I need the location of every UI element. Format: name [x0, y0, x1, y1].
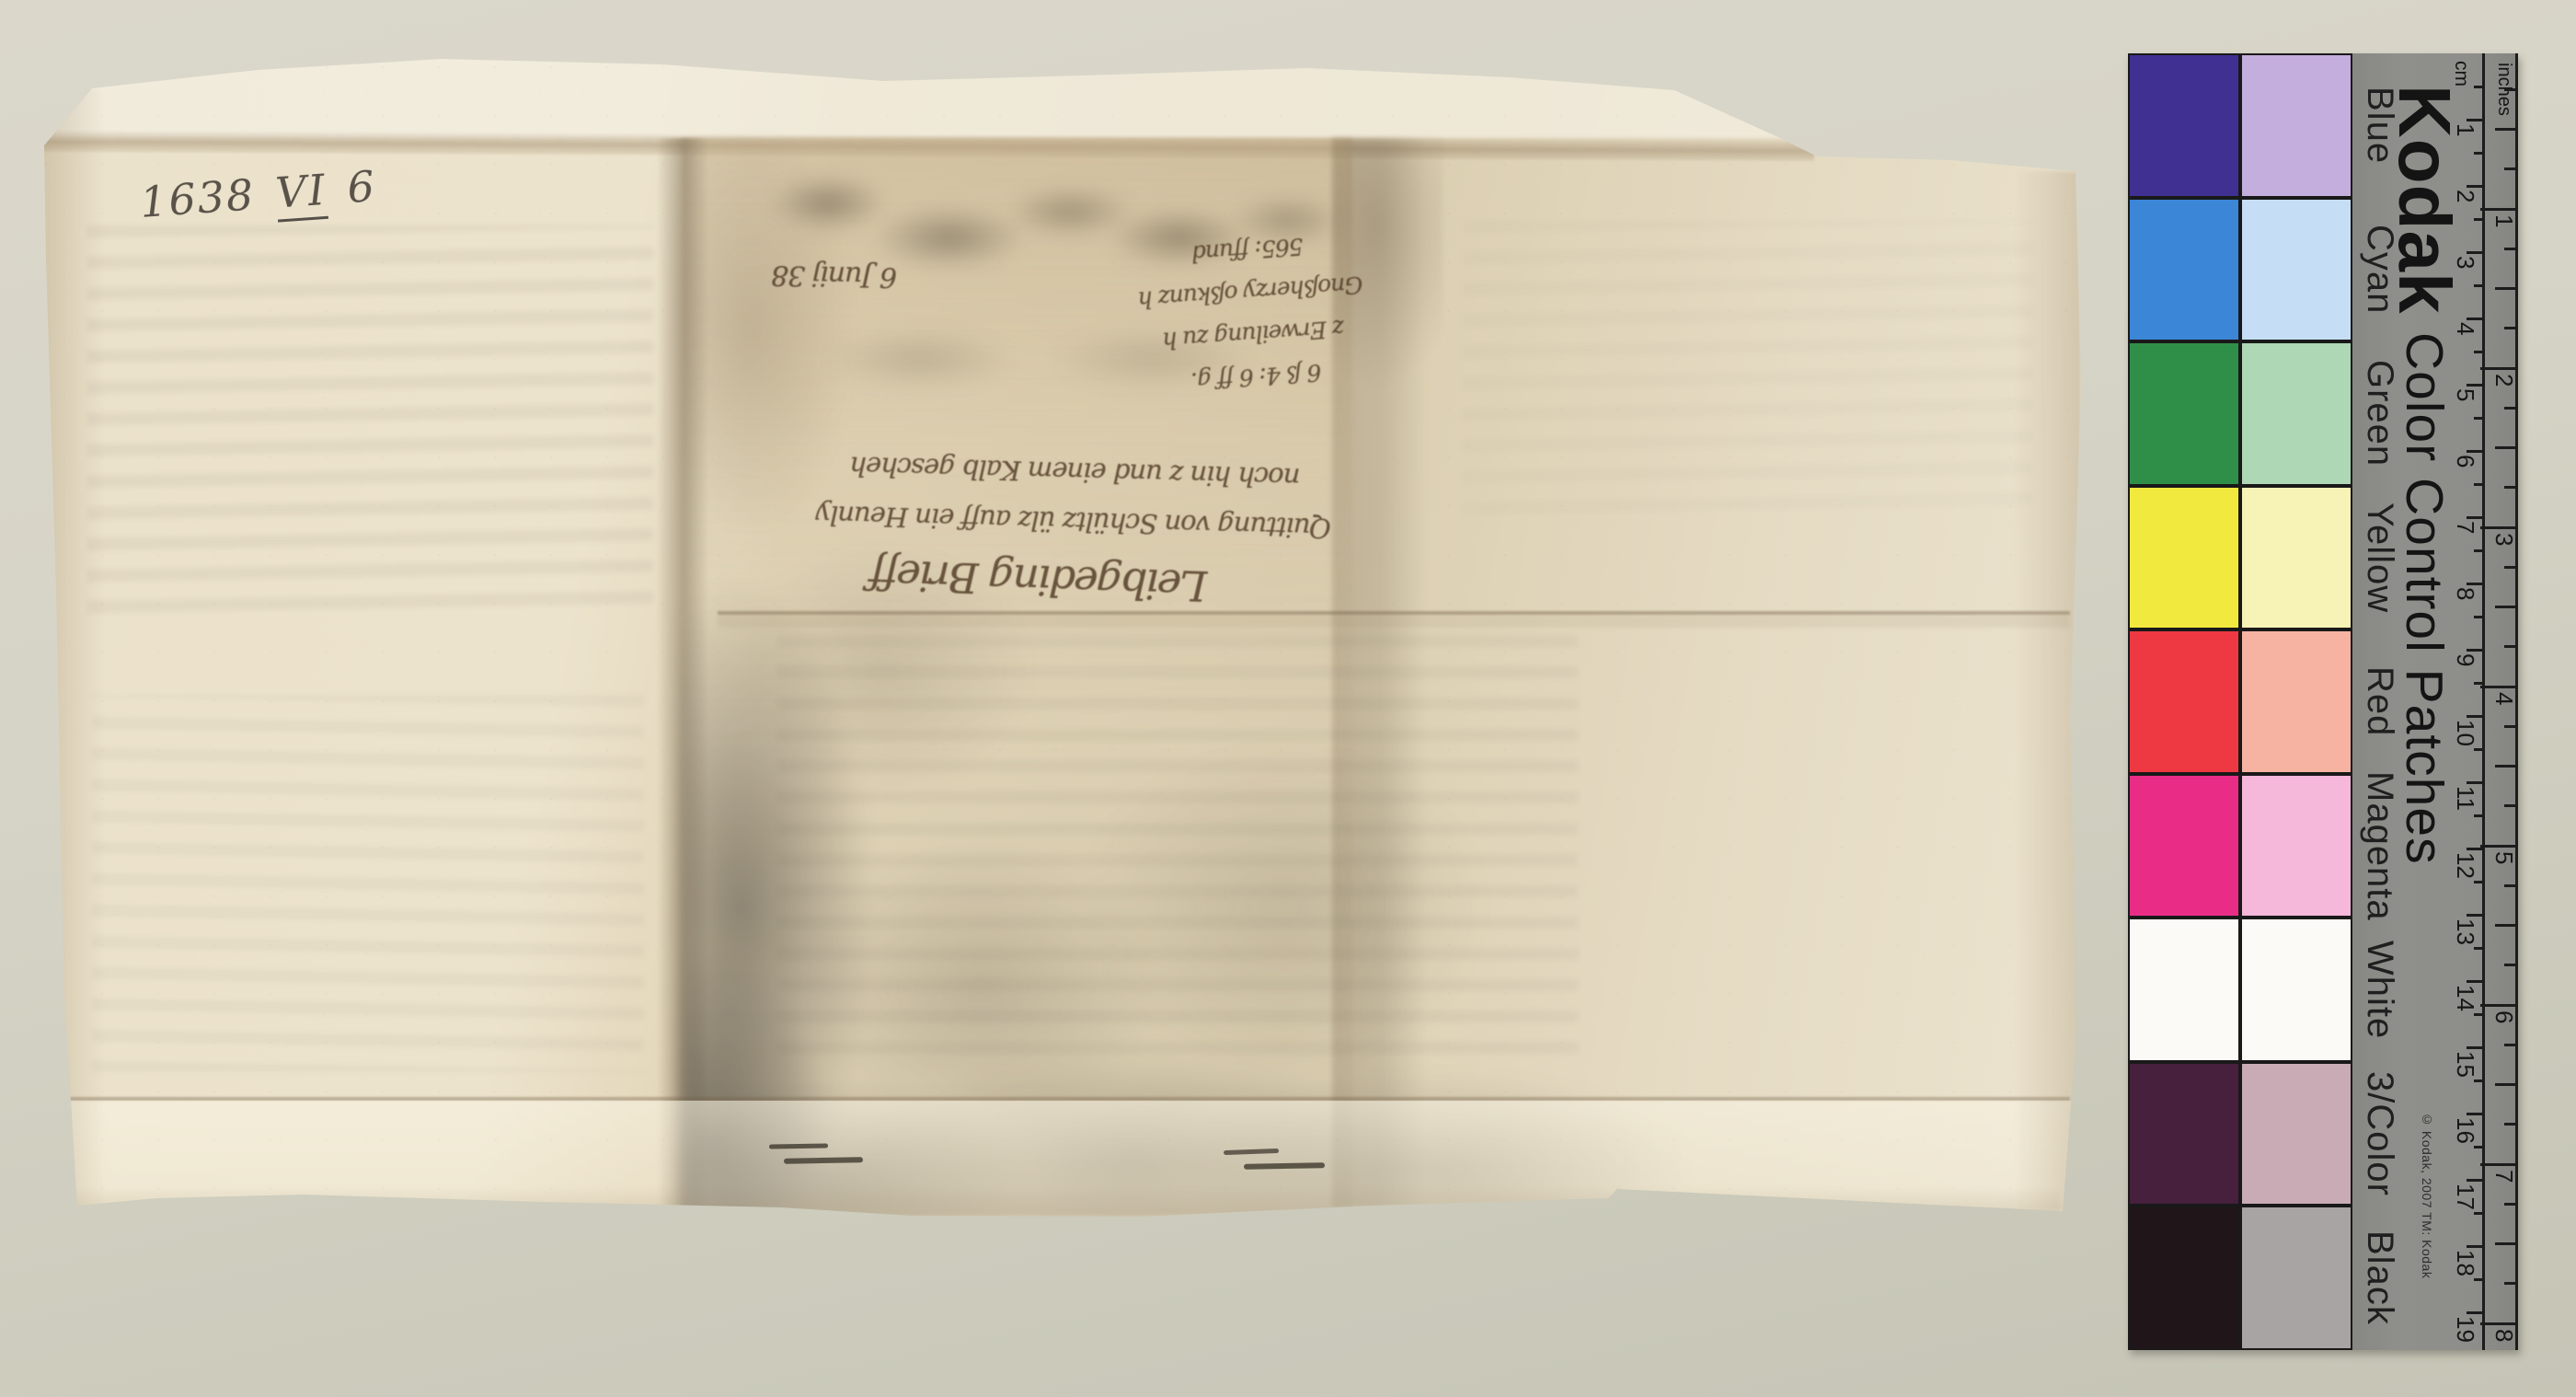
- inch-tick-7.75: [2504, 1282, 2515, 1285]
- patch-label-white: White: [2356, 918, 2404, 1062]
- inch-tick-4.5: [2495, 765, 2515, 768]
- inch-tick-1.25: [2504, 248, 2515, 250]
- cm-tick-17.5: [2474, 1212, 2482, 1215]
- cm-tick-12: [2467, 848, 2482, 850]
- cm-tick-2: [2467, 185, 2482, 188]
- inch-tick-3.75: [2504, 645, 2515, 648]
- ink-date-note: 6 Junij 38: [738, 258, 932, 294]
- cm-tick-10: [2467, 715, 2482, 718]
- patch-3color-saturated: [2130, 1064, 2238, 1205]
- ink-receipt-note: Quittung von Schültz ülz auff ein Heunly…: [796, 440, 1354, 554]
- patch-white-tint: [2242, 919, 2351, 1060]
- inch-tick-0.5: [2495, 128, 2515, 131]
- patch-cyan-saturated: [2130, 200, 2238, 341]
- inch-tick-6.75: [2504, 1123, 2515, 1126]
- patch-label-green: Green: [2356, 341, 2404, 486]
- cm-tick-14: [2467, 980, 2482, 983]
- cm-tick-3.5: [2474, 284, 2482, 287]
- cm-number-19: 19: [2450, 1316, 2478, 1343]
- cm-tick-7: [2467, 516, 2482, 519]
- cm-tick-17: [2467, 1179, 2482, 1182]
- inch-number-4: 4: [2489, 692, 2516, 705]
- inch-tick-5.75: [2504, 964, 2515, 966]
- patch-blue-saturated: [2130, 55, 2238, 196]
- patch-red-tint: [2242, 631, 2351, 772]
- inch-tick-2.5: [2495, 446, 2515, 449]
- cm-tick-3: [2467, 251, 2482, 254]
- cm-number-15: 15: [2450, 1051, 2478, 1078]
- cm-tick-14.5: [2474, 1013, 2482, 1016]
- cm-tick-11.5: [2474, 814, 2482, 817]
- inch-tick-8: [2480, 1322, 2515, 1325]
- cm-number-11: 11: [2450, 786, 2478, 811]
- cm-number-16: 16: [2450, 1117, 2478, 1144]
- inch-tick-2: [2480, 367, 2515, 370]
- inch-tick-1: [2480, 208, 2515, 211]
- cm-tick-4.5: [2474, 351, 2482, 353]
- cm-number-12: 12: [2450, 852, 2478, 879]
- pencil-day: 6: [346, 161, 378, 213]
- cm-number-6: 6: [2450, 455, 2478, 468]
- cm-number-3: 3: [2450, 256, 2478, 269]
- inch-tick-2.25: [2504, 407, 2515, 410]
- cm-tick-1.5: [2474, 152, 2482, 155]
- cm-number-9: 9: [2450, 653, 2478, 666]
- pencil-year: 1638: [138, 169, 257, 227]
- inch-number-8: 8: [2489, 1329, 2516, 1342]
- patch-magenta-tint: [2242, 776, 2351, 917]
- inch-tick-7: [2480, 1163, 2515, 1166]
- cm-number-7: 7: [2450, 521, 2478, 534]
- inch-number-3: 3: [2489, 533, 2516, 546]
- inch-tick-3.5: [2495, 606, 2515, 608]
- cm-tick-4: [2467, 317, 2482, 320]
- cm-number-4: 4: [2450, 322, 2478, 335]
- cm-number-18: 18: [2450, 1250, 2478, 1276]
- inch-tick-6.5: [2495, 1083, 2515, 1086]
- inch-number-7: 7: [2489, 1170, 2516, 1183]
- cm-tick-9.5: [2474, 682, 2482, 685]
- inch-tick-7.5: [2495, 1242, 2515, 1245]
- patch-yellow-tint: [2242, 488, 2351, 629]
- cm-tick-16.5: [2474, 1146, 2482, 1149]
- patch-label-cyan: Cyan: [2356, 198, 2404, 342]
- inch-tick-3.25: [2504, 566, 2515, 569]
- color-chart: Kodak Color Control Patches cm inches © …: [2128, 53, 2518, 1350]
- patch-green-saturated: [2130, 343, 2238, 484]
- cm-number-17: 17: [2450, 1183, 2478, 1210]
- cm-tick-10.5: [2474, 748, 2482, 751]
- inch-tick-5.5: [2495, 924, 2515, 927]
- cm-number-13: 13: [2450, 918, 2478, 945]
- patch-black-tint: [2242, 1207, 2351, 1348]
- cm-tick-5: [2467, 384, 2482, 387]
- patch-label-yellow: Yellow: [2356, 486, 2404, 630]
- cm-number-8: 8: [2450, 587, 2478, 600]
- cm-tick-0.5: [2474, 86, 2482, 88]
- cm-tick-13: [2467, 914, 2482, 917]
- cm-tick-8.5: [2474, 616, 2482, 618]
- patch-magenta-saturated: [2130, 776, 2238, 917]
- patch-blue-tint: [2242, 55, 2351, 196]
- cm-tick-1: [2467, 119, 2482, 121]
- cm-tick-2.5: [2474, 218, 2482, 221]
- cm-tick-6.5: [2474, 483, 2482, 486]
- cm-tick-6: [2467, 450, 2482, 453]
- ink-archival-block: 6 ß 4: 6 ff g. z Erweilung zu h Gnoßherz…: [1106, 219, 1398, 408]
- patch-yellow-saturated: [2130, 488, 2238, 629]
- parchment-freckles: [37, 53, 2081, 1217]
- cm-tick-11: [2467, 781, 2482, 784]
- cm-tick-18: [2467, 1245, 2482, 1248]
- inch-tick-2.75: [2504, 486, 2515, 489]
- cm-tick-5.5: [2474, 417, 2482, 420]
- inch-tick-5: [2480, 845, 2515, 848]
- cm-number-1: 1: [2450, 123, 2478, 136]
- inch-tick-0.75: [2504, 167, 2515, 170]
- inch-tick-6: [2480, 1004, 2515, 1007]
- cm-scale-line: [2482, 53, 2485, 1350]
- cm-tick-15: [2467, 1046, 2482, 1049]
- inch-number-5: 5: [2489, 851, 2516, 864]
- cm-tick-19: [2467, 1311, 2482, 1314]
- patch-label-3color: 3/Color: [2356, 1062, 2404, 1206]
- copyright-note: © Kodak, 2007 TM: Kodak: [2421, 1112, 2433, 1278]
- inch-tick-5.25: [2504, 884, 2515, 887]
- cm-number-2: 2: [2450, 190, 2478, 202]
- cm-tick-8: [2467, 583, 2482, 585]
- inch-tick-3: [2480, 526, 2515, 529]
- inch-tick-4.25: [2504, 725, 2515, 728]
- inch-tick-1.75: [2504, 327, 2515, 329]
- inch-tick-7.25: [2504, 1203, 2515, 1206]
- inch-number-2: 2: [2489, 374, 2516, 387]
- archival-photo-backdrop: 1638 VI 6 6 Junij 38 6 ß 4: 6 ff g. z Er…: [0, 0, 2576, 1397]
- patch-3color-tint: [2242, 1064, 2351, 1205]
- patch-cyan-tint: [2242, 200, 2351, 341]
- chart-title-text: Color Control Patches: [2398, 332, 2450, 865]
- inch-tick-1.5: [2495, 287, 2515, 290]
- patch-label-magenta: Magenta: [2356, 774, 2404, 918]
- inch-number-1: 1: [2489, 214, 2516, 227]
- inch-tick-0.25: [2504, 88, 2515, 91]
- cm-tick-13.5: [2474, 947, 2482, 950]
- patch-label-blue: Blue: [2356, 53, 2404, 198]
- cm-tick-15.5: [2474, 1079, 2482, 1082]
- pencil-month-roman: VI: [274, 165, 328, 223]
- patch-label-red: Red: [2356, 629, 2404, 774]
- patch-green-tint: [2242, 343, 2351, 484]
- cm-tick-9: [2467, 649, 2482, 652]
- patch-black-saturated: [2130, 1207, 2238, 1348]
- patch-label-black: Black: [2356, 1206, 2404, 1350]
- patch-white-saturated: [2130, 919, 2238, 1060]
- cm-number-5: 5: [2450, 388, 2478, 401]
- inch-number-6: 6: [2489, 1010, 2516, 1023]
- cm-number-14: 14: [2450, 985, 2478, 1011]
- cm-label: cm: [2452, 61, 2471, 87]
- cm-tick-18.5: [2474, 1278, 2482, 1281]
- patch-red-saturated: [2130, 631, 2238, 772]
- cm-tick-12.5: [2474, 881, 2482, 883]
- inch-tick-4.75: [2504, 804, 2515, 807]
- cm-number-10: 10: [2450, 720, 2478, 746]
- cm-tick-7.5: [2474, 549, 2482, 552]
- inch-tick-4: [2480, 686, 2515, 688]
- inch-tick-6.25: [2504, 1044, 2515, 1046]
- cm-tick-16: [2467, 1113, 2482, 1115]
